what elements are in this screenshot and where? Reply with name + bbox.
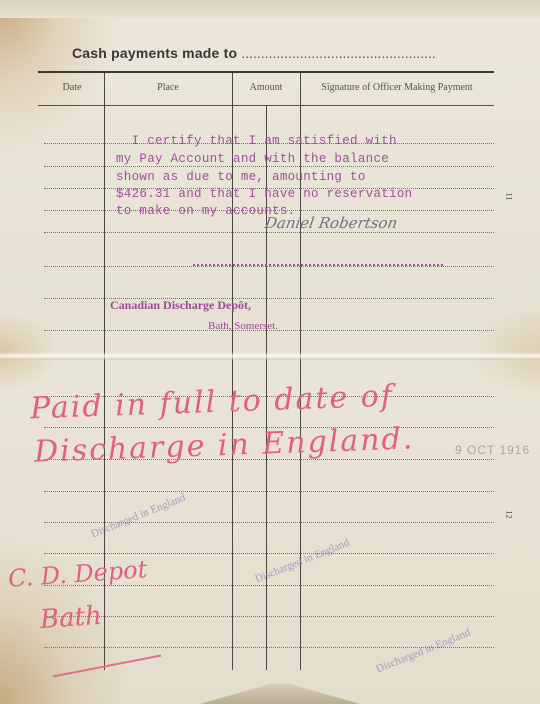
- passbook-page: Cash payments made to ..................…: [0, 0, 540, 704]
- page-number: 12: [505, 511, 514, 519]
- discharged-stamp: Discharged in England: [253, 537, 351, 586]
- page-heading: Cash payments made to ..................…: [72, 45, 436, 61]
- heading-text: Cash payments made to: [72, 45, 237, 61]
- handwritten-location-line2: Bath: [39, 601, 103, 635]
- stamp-dotted-line: [193, 264, 443, 266]
- handwritten-note-line1: Paid in full to date of: [30, 379, 395, 427]
- date-stamp: 9 OCT 1916: [455, 443, 530, 457]
- dotted-row-line: [44, 553, 494, 554]
- depot-stamp-line1: Canadian Discharge Depôt,: [110, 298, 251, 313]
- dotted-row-line: [44, 232, 494, 233]
- worn-bottom-edge: [180, 684, 380, 704]
- handwritten-note-line2: Discharge in England.: [34, 421, 415, 469]
- heading-dots: ........................................…: [241, 45, 435, 61]
- dotted-row-line: [44, 491, 494, 492]
- depot-stamp-line2: Bath, Somerset.: [208, 320, 278, 332]
- column-header-amount: Amount: [232, 82, 300, 93]
- handwritten-location-line1: C. D. Depot: [7, 555, 148, 593]
- page-fold-crease: [0, 352, 540, 360]
- discharged-stamp: Discharged in England: [374, 627, 472, 676]
- dotted-row-line: [44, 616, 494, 617]
- handwritten-underline: [53, 655, 161, 678]
- column-header-place: Place: [104, 82, 232, 93]
- page-number: 11: [504, 193, 513, 201]
- soldier-signature: Daniel Robertson: [263, 214, 398, 232]
- dotted-row-line: [44, 266, 494, 267]
- column-header-date: Date: [40, 82, 104, 93]
- column-header-signature: Signature of Officer Making Payment: [300, 82, 494, 93]
- table-top-rule: [38, 71, 494, 73]
- worn-top-edge: [0, 0, 540, 18]
